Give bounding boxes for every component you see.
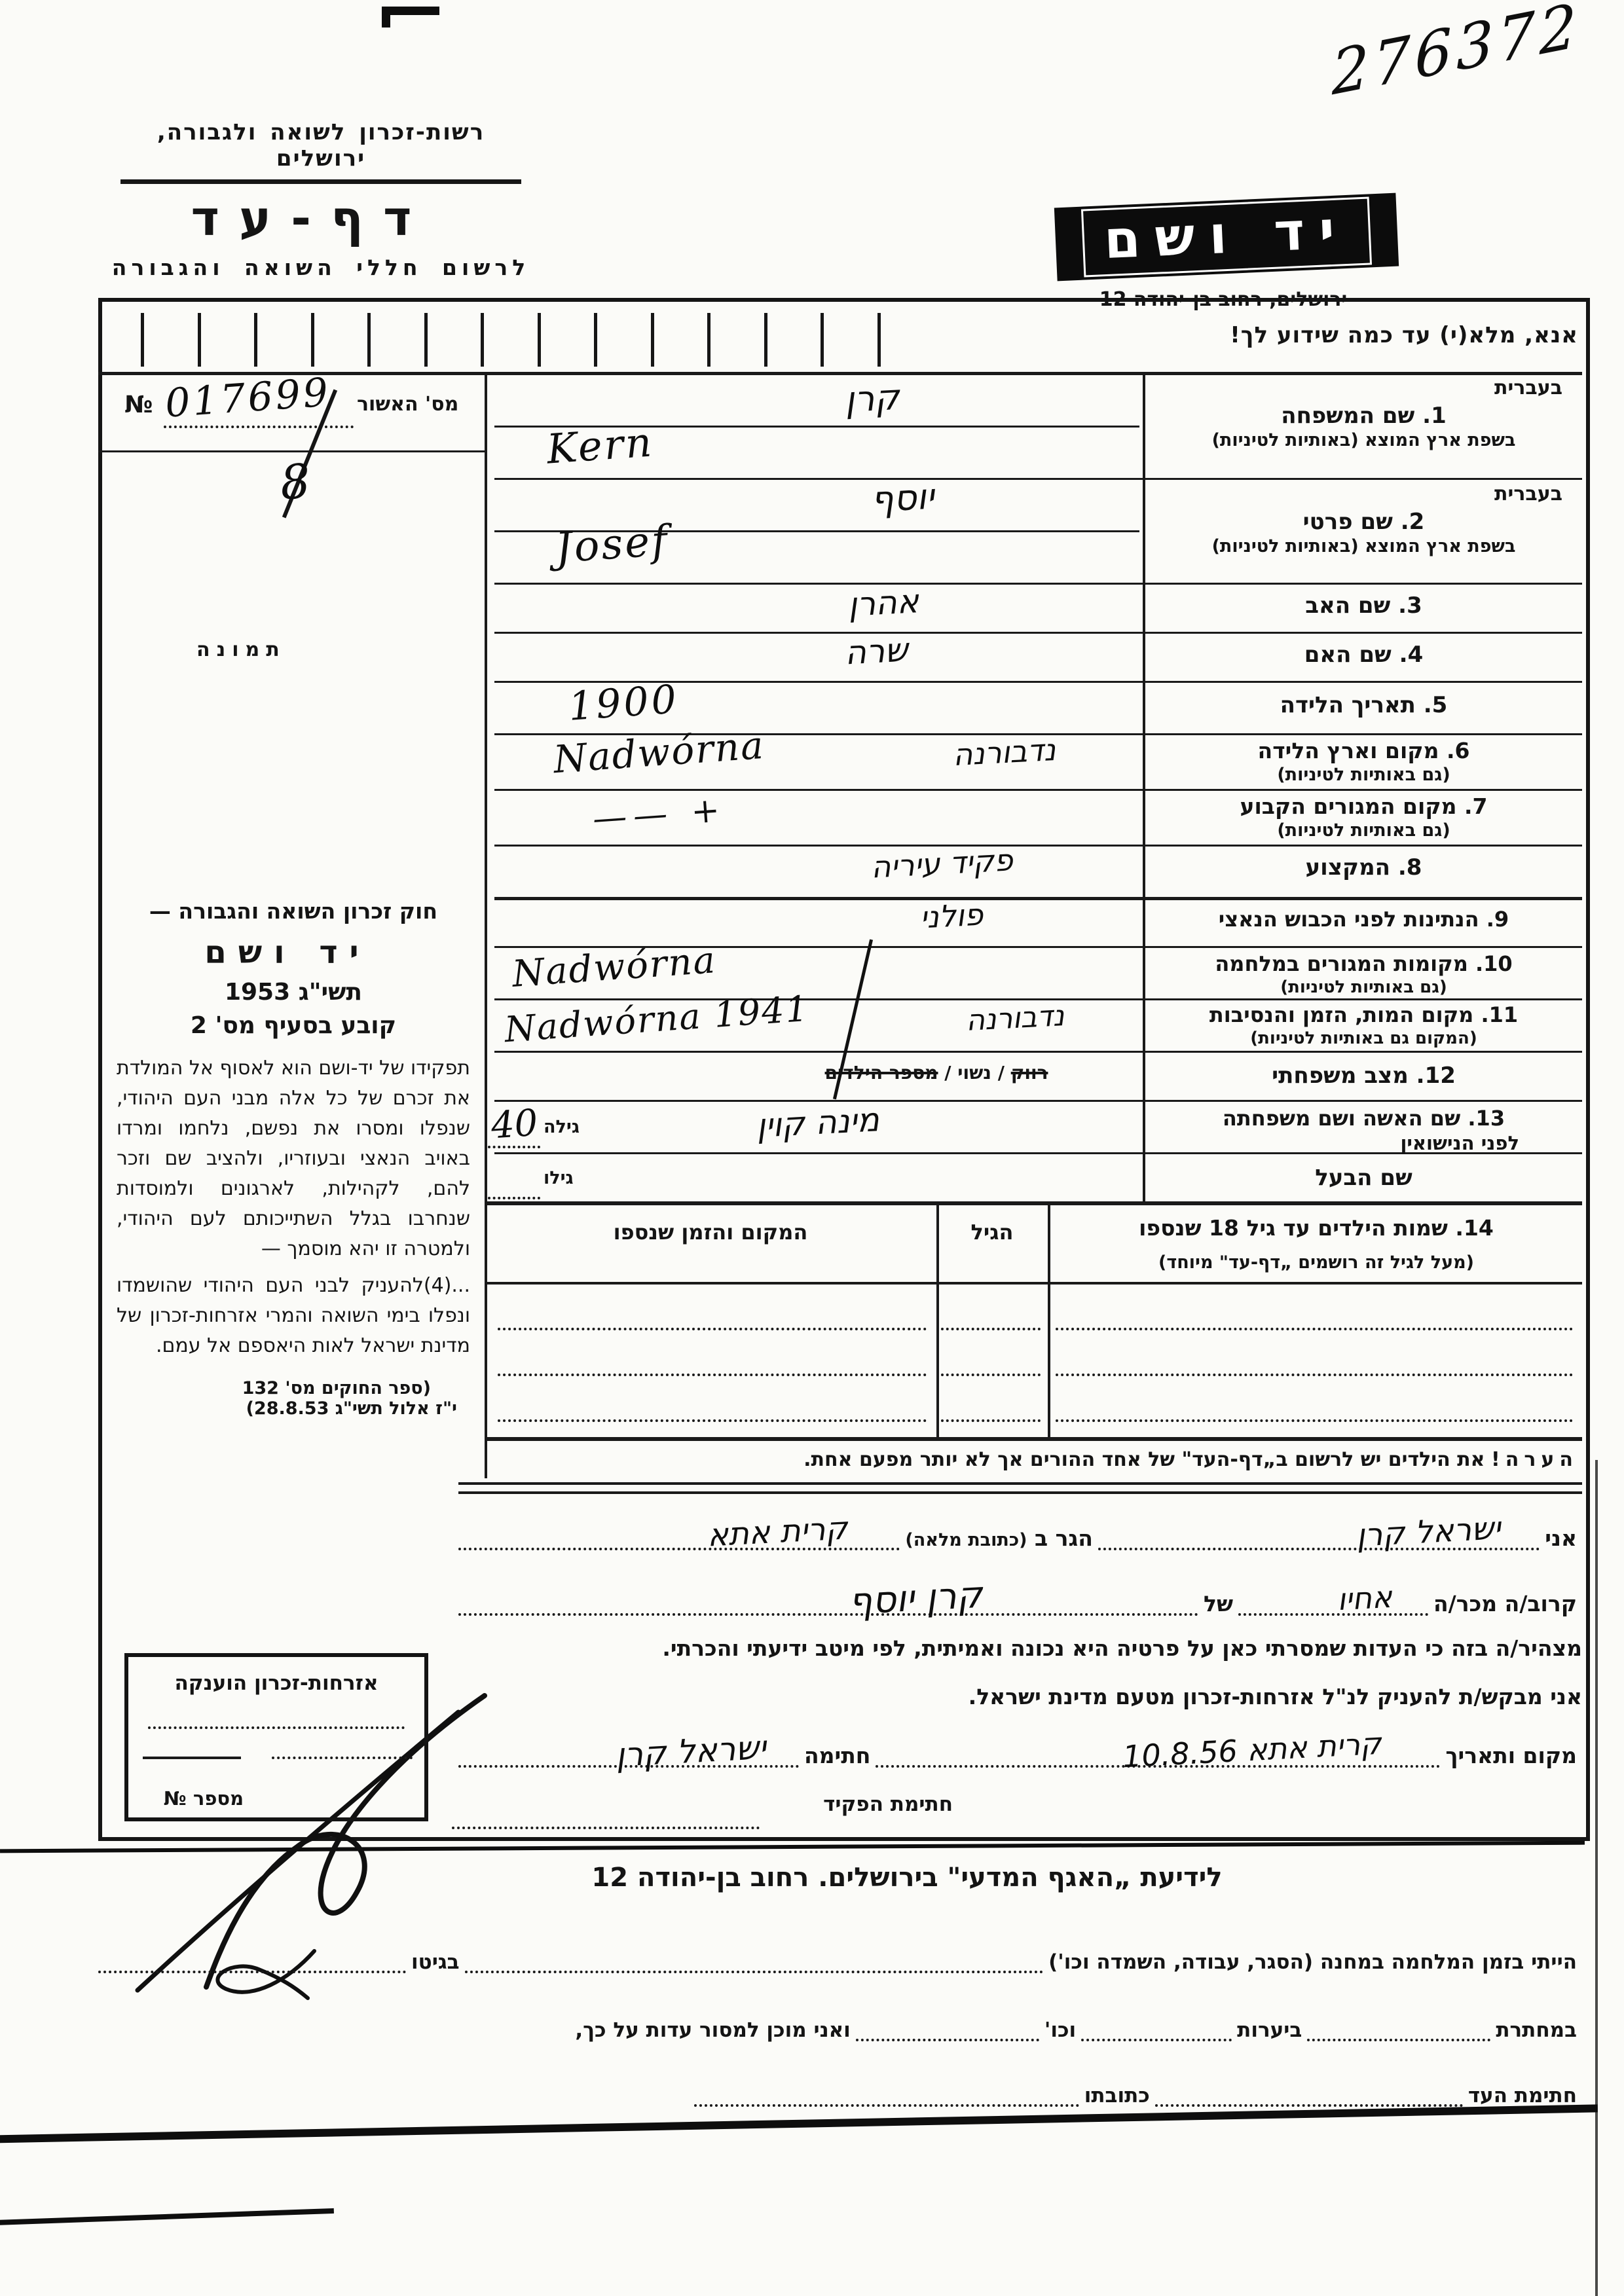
field-1-sublabel: בשפת ארץ המוצא (באותיות לטיניות) bbox=[1149, 429, 1578, 452]
masthead-rule bbox=[120, 179, 521, 184]
field-1-label: 1. שם המשפחה bbox=[1149, 402, 1578, 430]
approval-number-label: מס' האשור bbox=[357, 393, 478, 416]
field-7-sublabel: (גם באותיות לטיניות) bbox=[1149, 820, 1578, 842]
grant-box-line-2 bbox=[272, 1757, 413, 1759]
table-row-line bbox=[941, 1328, 1041, 1330]
approval-box-rule bbox=[98, 450, 485, 452]
note-double-rule-1 bbox=[458, 1482, 1582, 1485]
scan-artifact-bar-short bbox=[0, 2208, 334, 2225]
field-11-label: 11. מקום המות, הזמן והנסיבות bbox=[1149, 1002, 1578, 1028]
entry-first-name-hebrew: יוסף bbox=[870, 479, 935, 518]
fill-instruction: אנא, מלא(י) עד כמה שידוע לך! bbox=[1153, 322, 1578, 348]
field-10-label-block: 10. מקומות המגורים במלחמה (גם באותיות לט… bbox=[1149, 951, 1578, 998]
decl-of-field: קרן יוסף bbox=[458, 1570, 1198, 1616]
masthead: רשות-זכרון לשואה ולגבורה, ירושלים דף-עד … bbox=[108, 119, 534, 280]
entry-profession: פקיד עיריה bbox=[870, 845, 1014, 882]
children-col-age: הגיל bbox=[940, 1219, 1044, 1245]
approval-number-value: 017699 bbox=[164, 373, 332, 424]
decl-place-date-field: קרית אתא 10.8.56 bbox=[876, 1718, 1440, 1768]
declaration-row-relation: קרוב/ה מכר/ה אחיו של קרן יוסף bbox=[458, 1573, 1582, 1616]
field-4-label: 4. שם האם bbox=[1149, 641, 1578, 669]
witness-address-label: כתובתו bbox=[1079, 2085, 1155, 2107]
husband-name-label: שם הבעל bbox=[1149, 1164, 1578, 1192]
marital-option-married: נשוי bbox=[957, 1062, 991, 1084]
field-6-label-block: 6. מקום וארץ הלידה (גם באותיות לטיניות) bbox=[1149, 737, 1578, 786]
law-body2: ...(4)להעניק לבני העם היהודי שהושמדו ונפ… bbox=[117, 1271, 470, 1361]
note-title: הערה! bbox=[1491, 1448, 1578, 1471]
war-camp-field bbox=[465, 1934, 1044, 1973]
table-row-line bbox=[1056, 1419, 1573, 1422]
field-11-sublabel: (המקום גם באותיות לטיניות) bbox=[1149, 1028, 1578, 1049]
yad-vashem-logo-text: יד ושם bbox=[1103, 201, 1350, 269]
left-column-divider bbox=[485, 372, 487, 1478]
field-2-sublabel: בשפת ארץ המוצא (באותיות לטיניות) bbox=[1149, 536, 1578, 558]
decl-of-label: של bbox=[1198, 1592, 1238, 1616]
marital-sep: / bbox=[991, 1062, 1011, 1084]
marital-sep: / bbox=[938, 1062, 957, 1084]
field-2-lang: בעברית bbox=[1149, 482, 1578, 507]
scan-page-edge bbox=[1595, 1460, 1598, 2296]
entry-first-name-latin: Josef bbox=[554, 520, 671, 570]
husband-age-label: גילו bbox=[544, 1168, 574, 1188]
row-line bbox=[494, 845, 1582, 847]
field-3-label: 3. שם האב bbox=[1149, 592, 1578, 620]
law-citation-1: (ספר החוקים מס' 132 bbox=[117, 1378, 470, 1398]
decl-of-value: קרן יוסף bbox=[847, 1577, 983, 1621]
field-6-label: 6. מקום וארץ הלידה bbox=[1149, 737, 1578, 764]
war-experience-line-1: הייתי בזמן המלחמה במחנה (הסגר, עבודה, הש… bbox=[98, 1937, 1582, 1973]
entry-wife-name: מינה קוין bbox=[756, 1103, 880, 1142]
law-section: קובע בסעיף מס' 2 bbox=[117, 1012, 470, 1039]
photo-label: תמונה bbox=[196, 638, 286, 661]
yad-vashem-logo: יד ושם bbox=[1054, 193, 1399, 282]
war-camp-label: הייתי בזמן המלחמה במחנה (הסגר, עבודה, הש… bbox=[1043, 1951, 1582, 1973]
table-top-rule bbox=[485, 1201, 1582, 1205]
field-5-label: 5. תאריך הלידה bbox=[1149, 691, 1578, 720]
table-row-line bbox=[941, 1419, 1041, 1422]
approval-number-line bbox=[164, 426, 354, 428]
declaration-statement: מצהיר/ה בזה כי העדות שמסרתי כאן על פרטיה… bbox=[458, 1635, 1582, 1661]
field-10-label: 10. מקומות המגורים במלחמה bbox=[1149, 951, 1578, 977]
decl-resides-field: קרית אתא bbox=[458, 1504, 900, 1550]
entry-family-name-latin: Kern bbox=[545, 422, 655, 469]
war-underground-field bbox=[1307, 2002, 1490, 2041]
field-1-label-block: בעברית 1. שם המשפחה בשפת ארץ המוצא (באות… bbox=[1149, 376, 1578, 452]
clerk-signature-label: חתימת הפקיד bbox=[769, 1793, 953, 1816]
scan-artifact-bar bbox=[0, 2104, 1598, 2143]
form-subtitle: לרשום חללי השואה והגבורה bbox=[108, 255, 534, 280]
entry-permanent-residence: + —— bbox=[591, 793, 727, 836]
decl-relative-label: קרוב/ה מכר/ה bbox=[1428, 1592, 1582, 1616]
war-etc-field bbox=[856, 2002, 1039, 2041]
entry-death-place-hebrew: נדבורנה bbox=[965, 1002, 1065, 1036]
authority-line: רשות-זכרון לשואה ולגבורה, ירושלים bbox=[108, 119, 534, 172]
grant-box-number-label: מספר bbox=[193, 1787, 244, 1810]
law-year: תשי"ג 1953 bbox=[117, 979, 470, 1006]
field-7-label: 7. מקום המגורים הקבוע bbox=[1149, 793, 1578, 820]
decl-resides-value: קרית אתא bbox=[707, 1512, 849, 1551]
field-2-label: 2. שם פרטי bbox=[1149, 508, 1578, 536]
tally-tick-marks bbox=[141, 313, 881, 369]
decl-place-date-value: קרית אתא 10.8.56 bbox=[1122, 1728, 1382, 1772]
decl-signature-label: חתימה bbox=[799, 1744, 876, 1768]
row-line bbox=[494, 789, 1582, 791]
law-title: חוק זכרון השואה והגבורה — bbox=[117, 898, 470, 924]
witness-address-field bbox=[694, 2068, 1079, 2107]
war-forests-label: ביערות bbox=[1232, 2019, 1307, 2041]
declaration-row-signature: מקום ותאריך קרית אתא 10.8.56 חתימה ישראל… bbox=[458, 1721, 1582, 1768]
row-line bbox=[494, 1051, 1582, 1053]
entry-birth-place-hebrew: נדבורנה bbox=[952, 735, 1056, 770]
decl-signature-value: ישראל קרן bbox=[615, 1731, 767, 1772]
field-13-label2: לפני הנישואין bbox=[1149, 1131, 1578, 1155]
entry-wife-age: 40 bbox=[490, 1105, 539, 1145]
decl-i-value: ישראל קרן bbox=[1356, 1512, 1502, 1551]
war-etc-label: וכו' bbox=[1039, 2019, 1081, 2041]
children-header-block: 14. שמות הילדים עד גיל 18 שנספו (מעל לגי… bbox=[1058, 1214, 1575, 1274]
field-6-sublabel: (גם באותיות לטיניות) bbox=[1149, 764, 1578, 786]
law-citation-2: י"ז אלול תשי"ג 28.8.53) bbox=[117, 1398, 470, 1419]
declaration-row-identity: אני ישראל קרן הגר ב (כתובת מלאה) קרית את… bbox=[458, 1507, 1582, 1550]
field-8-label: 8. המקצוע bbox=[1149, 854, 1578, 882]
field-1-lang: בעברית bbox=[1149, 376, 1578, 401]
wife-age-line bbox=[488, 1146, 540, 1148]
note-line: הערה! את הילדים יש לרשום ב„דף-העד" של אח… bbox=[494, 1448, 1578, 1471]
entry-citizenship: פולני bbox=[919, 900, 984, 933]
note-double-rule-2 bbox=[458, 1491, 1582, 1494]
law-excerpt: חוק זכרון השואה והגבורה — יד ושם תשי"ג 1… bbox=[117, 898, 470, 1419]
table-row-line bbox=[498, 1419, 927, 1422]
entry-mother-name: שרה bbox=[844, 634, 909, 670]
war-ghetto-field bbox=[98, 1934, 406, 1973]
wife-age-label: גילה bbox=[544, 1117, 580, 1137]
grant-box-number: מספר № bbox=[148, 1787, 259, 1810]
field-13-label-block: 13. שם האשה ושם משפחתה לפני הנישואין bbox=[1149, 1105, 1578, 1155]
table-row-line bbox=[1056, 1328, 1573, 1330]
entry-father-name: אהרן bbox=[847, 585, 919, 621]
field-2-label-block: בעברית 2. שם פרטי בשפת ארץ המוצא (באותיו… bbox=[1149, 482, 1578, 558]
attention-line: לידיעת „האגף המדעי" בירושלים. רחוב בן-יה… bbox=[452, 1863, 1362, 1893]
table-row-line bbox=[498, 1374, 927, 1376]
field-12-label: 12. מצב משפחתי bbox=[1149, 1062, 1578, 1090]
war-testify-label: ואני מוכן למסור עדות על כך, bbox=[570, 2019, 856, 2041]
table-row-line bbox=[1056, 1374, 1573, 1376]
war-experience-line-2: במחתרת ביערות וכו' ואני מוכן למסור עדות … bbox=[367, 2005, 1582, 2041]
witness-signature-label: חתימת העד bbox=[1463, 2085, 1582, 2107]
children-col-place: המקום והזמן שנספו bbox=[494, 1219, 927, 1245]
row-line bbox=[494, 632, 1582, 634]
row-line bbox=[494, 583, 1582, 585]
marital-option-single: רווק bbox=[1011, 1062, 1048, 1084]
yad-vashem-logo-frame: יד ושם bbox=[1081, 196, 1372, 277]
law-body: תפקידו של יד-ושם הוא לאסוף אל המולדת את … bbox=[117, 1053, 470, 1264]
table-row-line bbox=[941, 1374, 1041, 1376]
war-forests-field bbox=[1081, 2002, 1232, 2041]
husband-age-line bbox=[488, 1197, 540, 1199]
war-underground-label: במחתרת bbox=[1490, 2019, 1582, 2041]
decl-resides-word: הגר ב bbox=[1035, 1525, 1093, 1551]
decl-resides-label: הגר ב (כתובת מלאה) bbox=[900, 1527, 1098, 1550]
grant-box: אזרחות-זכרון הוענקה מספר № bbox=[124, 1653, 428, 1821]
scan-corner-mark bbox=[382, 7, 439, 15]
row-line bbox=[494, 897, 1582, 900]
table-col-divider bbox=[1048, 1201, 1050, 1437]
field-10-sublabel: (גם באותיות לטיניות) bbox=[1149, 977, 1578, 998]
field-9-label: 9. הנתינות לפני הכבוש הנאצי bbox=[1149, 906, 1578, 932]
row-line bbox=[494, 478, 1582, 480]
table-header-rule bbox=[485, 1282, 1582, 1285]
decl-relative-field: אחיו bbox=[1238, 1570, 1428, 1616]
table-row-line bbox=[498, 1328, 927, 1330]
decl-resides-paren: (כתובת מלאה) bbox=[905, 1530, 1027, 1550]
law-name: יד ושם bbox=[117, 934, 470, 971]
field-11-label-block: 11. מקום המות, הזמן והנסיבות (המקום גם ב… bbox=[1149, 1002, 1578, 1049]
field-13-label: 13. שם האשה ושם משפחתה bbox=[1149, 1105, 1578, 1131]
entry-birth-date: 1900 bbox=[567, 680, 680, 727]
decl-place-date-label: מקום ותאריך bbox=[1440, 1744, 1582, 1768]
scan-corner-mark-tick bbox=[382, 7, 390, 27]
children-header: 14. שמות הילדים עד גיל 18 שנספו bbox=[1058, 1214, 1575, 1241]
daf-ed-testimony-page: 276372 רשות-זכרון לשואה ולגבורה, ירושלים… bbox=[0, 0, 1624, 2296]
form-title: דף-עד bbox=[108, 191, 534, 247]
decl-i-label: אני bbox=[1540, 1527, 1582, 1550]
entry-family-name-hebrew: קרן bbox=[844, 380, 900, 418]
decl-i-field: ישראל קרן bbox=[1098, 1504, 1540, 1550]
witness-signature-field bbox=[1155, 2068, 1463, 2107]
grant-box-title: אזרחות-זכרון הוענקה bbox=[128, 1671, 424, 1695]
archive-ref-number: 276372 bbox=[1331, 0, 1581, 105]
table-bottom-rule bbox=[485, 1437, 1582, 1441]
approval-suffix-value: 8 bbox=[279, 457, 312, 506]
label-column-divider bbox=[1143, 372, 1145, 1201]
war-ghetto-label: בגיטו bbox=[406, 1951, 465, 1973]
decl-relative-value: אחיו bbox=[1337, 1582, 1393, 1614]
witness-signature-line: חתימת העד כתובתו bbox=[694, 2070, 1582, 2107]
marital-status-options: רווק / נשוי / מספר הילדים bbox=[753, 1062, 1120, 1084]
table-col-divider bbox=[936, 1201, 939, 1437]
declaration-request: אני מבקש/ת להעניק לנ"ל אזרחות-זכרון מטעם… bbox=[458, 1684, 1582, 1709]
row-line bbox=[494, 1100, 1582, 1102]
field-7-label-block: 7. מקום המגורים הקבוע (גם באותיות לטיניו… bbox=[1149, 793, 1578, 842]
numero-symbol: № bbox=[124, 392, 153, 418]
grant-box-numero-symbol: № bbox=[164, 1787, 187, 1810]
grant-box-line-3 bbox=[143, 1757, 241, 1759]
children-header-sub: (מעל לגיל זה רושמים „דף-עד" מיוחד) bbox=[1058, 1252, 1575, 1274]
note-text: את הילדים יש לרשום ב„דף-העד" של אחד ההור… bbox=[803, 1448, 1485, 1471]
